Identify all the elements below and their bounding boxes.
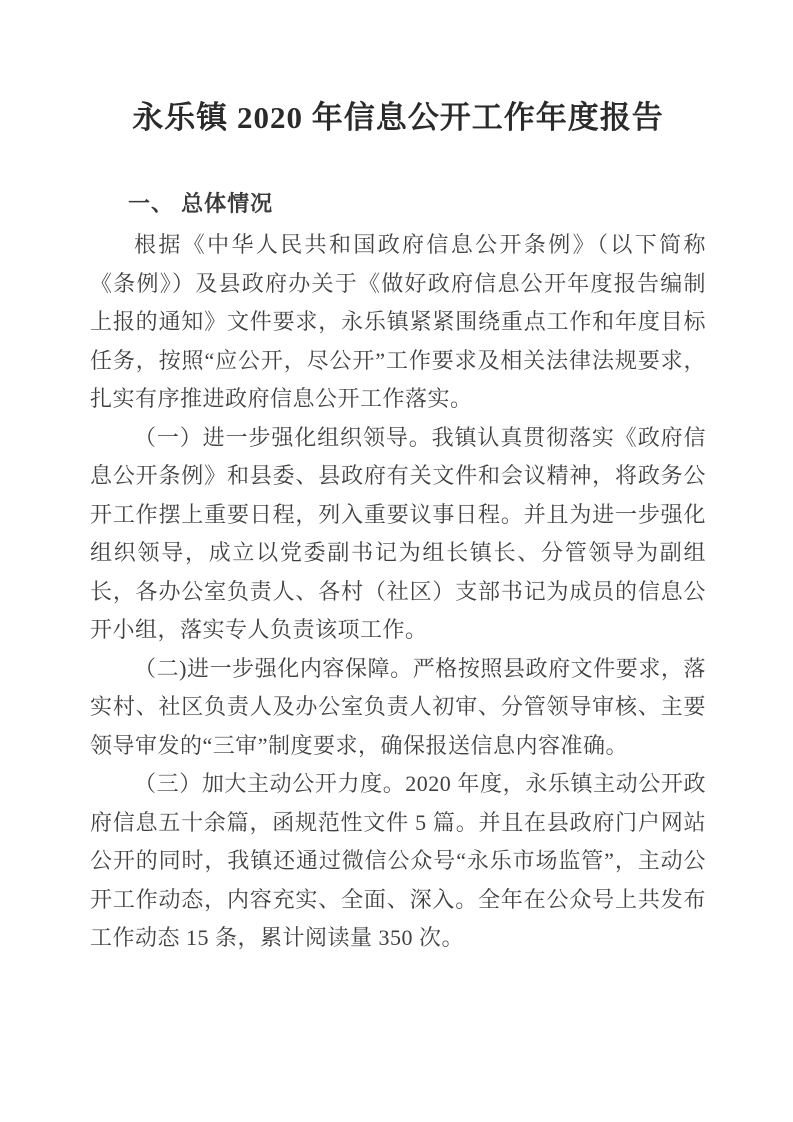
paragraph-intro: 根据《中华人民共和国政府信息公开条例》（以下简称《条例》）及县政府办关于《做好政… [90, 226, 706, 419]
document-page: 永乐镇 2020 年信息公开工作年度报告 一、 总体情况 根据《中华人民共和国政… [0, 0, 793, 1122]
section-heading-overview: 一、 总体情况 [90, 190, 706, 218]
document-body: 根据《中华人民共和国政府信息公开条例》（以下简称《条例》）及县政府办关于《做好政… [90, 226, 706, 958]
paragraph-item-3: （三）加大主动公开力度。2020 年度，永乐镇主动公开政府信息五十余篇，函规范性… [90, 765, 706, 958]
document-title: 永乐镇 2020 年信息公开工作年度报告 [90, 96, 706, 140]
paragraph-item-2: （二)进一步强化内容保障。严格按照县政府文件要求，落实村、社区负责人及办公室负责… [90, 650, 706, 766]
paragraph-item-1: （一）进一步强化组织领导。我镇认真贯彻落实《政府信息公开条例》和县委、县政府有关… [90, 419, 706, 650]
